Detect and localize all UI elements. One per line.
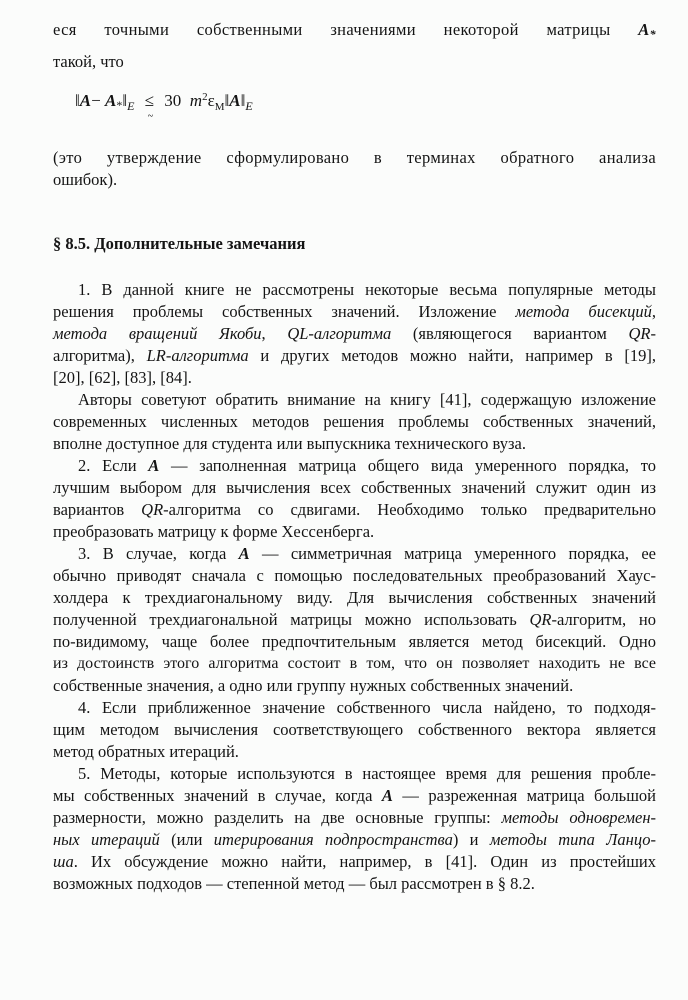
paragraph-1-line: метода вращений Якоби, QL-алгоритма (явл…: [53, 323, 656, 345]
paragraph-authors-line: современных численных методов решения пр…: [53, 411, 656, 433]
paragraph-3-line: полученной трехдиагональной матрицы можн…: [53, 609, 656, 631]
paragraph-3-line: по-видимому, чаще более предпочтительным…: [53, 631, 656, 653]
paragraph-5-line: размерности, можно разделить на две осно…: [53, 807, 656, 829]
paragraph-1-line: 1. В данной книге не рассмотрены некотор…: [53, 279, 656, 301]
text-line: такой, что: [53, 51, 656, 73]
paragraph-5-line: возможных подходов — степенной метод — б…: [53, 873, 656, 895]
paragraph-5-line: ных итераций (или итерирования подпростр…: [53, 829, 656, 851]
text-span: еся точными собственными значениями неко…: [53, 20, 611, 39]
text-line: еся точными собственными значениями неко…: [53, 19, 656, 42]
paragraph-2-line: преобразовать матрицу к форме Хессенберг…: [53, 521, 656, 543]
paragraph-authors-line: Авторы советуют обратить внимание на кни…: [53, 389, 656, 411]
text-line: (это утверждение сформулировано в термин…: [53, 147, 656, 169]
section-heading: § 8.5. Дополнительные замечания: [53, 233, 305, 255]
paragraph-2-line: вариантов QR-алгоритма со сдвигами. Необ…: [53, 499, 656, 521]
math-formula: ‖A− A*‖E ≤~ 30 m2εM‖A‖E: [75, 89, 253, 115]
paragraph-5-line: 5. Методы, которые используются в настоя…: [53, 763, 656, 785]
paragraph-3-line: из достоинств этого алгоритма состоит в …: [53, 653, 656, 675]
paragraph-4-line: щим методом вычисления соответствующего …: [53, 719, 656, 741]
paragraph-5-line: ша. Их обсуждение можно найти, например,…: [53, 851, 656, 873]
paragraph-5-line: мы собственных значений в случае, когда …: [53, 785, 656, 807]
paragraph-1-line: алгоритма), LR-алгоритма и других методо…: [53, 345, 656, 367]
text-line: ошибок).: [53, 169, 656, 191]
paragraph-2-line: лучшим выбором для вычисления всех собст…: [53, 477, 656, 499]
paragraph-3-line: обычно приводят сначала с помощью послед…: [53, 565, 656, 587]
paragraph-4-line: метод обратных итераций.: [53, 741, 656, 763]
paragraph-3-line: собственные значения, а одно или группу …: [53, 675, 656, 697]
paragraph-3-line: холдера к трехдиагональному виду. Для вы…: [53, 587, 656, 609]
paragraph-2-line: 2. Если A — заполненная матрица общего в…: [53, 455, 656, 477]
math-symbol: A*: [638, 20, 656, 39]
leq-symbol: ≤~: [145, 89, 154, 113]
paragraph-3-line: 3. В случае, когда A — симметричная матр…: [53, 543, 656, 565]
paragraph-1-line: решения проблемы собственных значений. И…: [53, 301, 656, 323]
paragraph-4-line: 4. Если приближенное значение собственно…: [53, 697, 656, 719]
paragraph-1-line: [20], [62], [83], [84].: [53, 367, 656, 389]
paragraph-authors-line: вполне доступное для студента или выпуск…: [53, 433, 656, 455]
